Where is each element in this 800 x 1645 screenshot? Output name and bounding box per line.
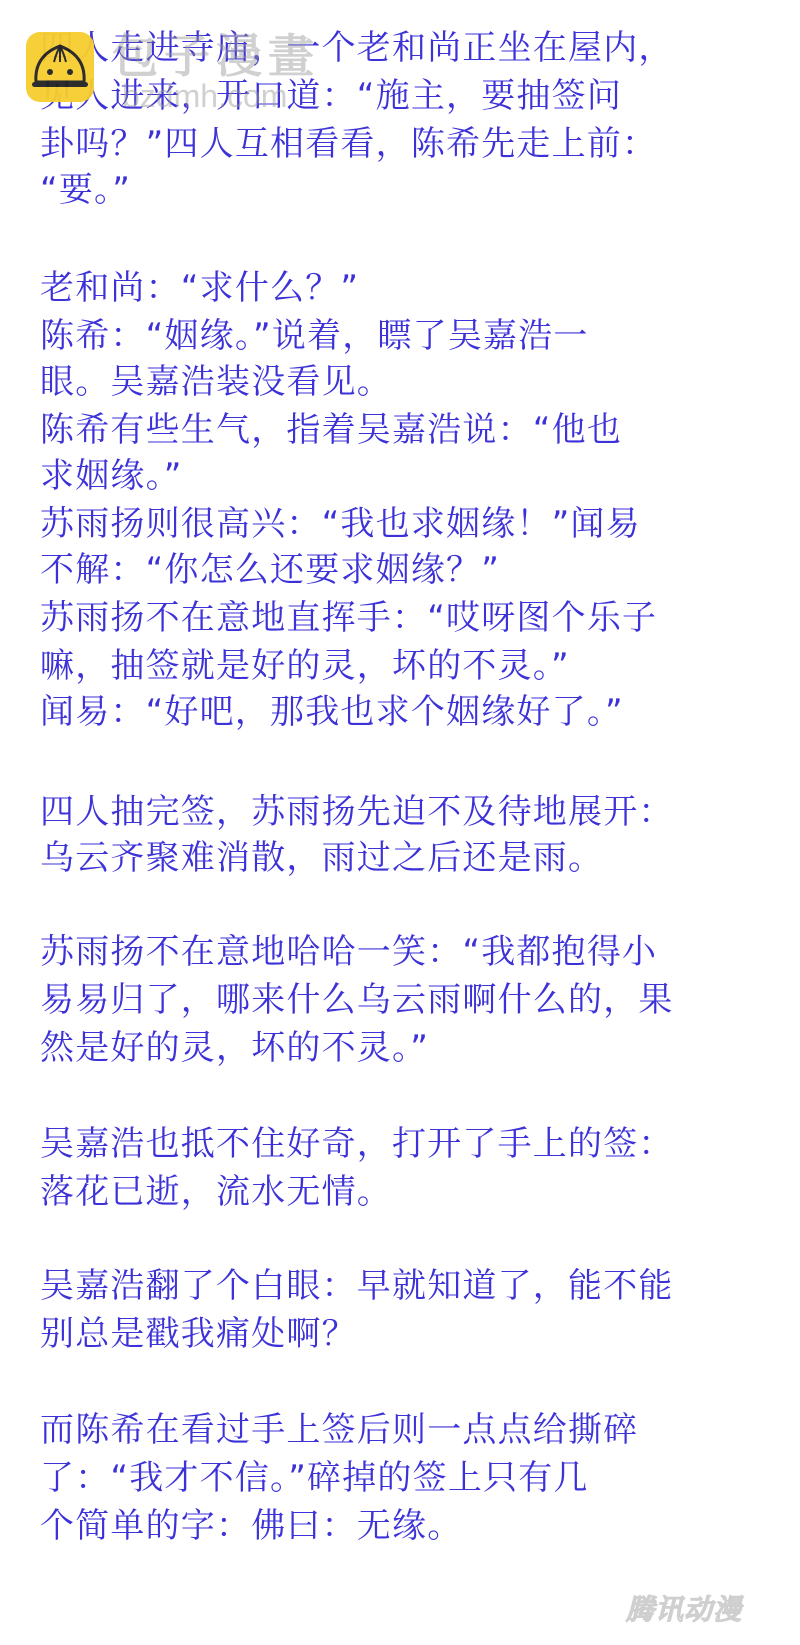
text-line: 眼。吴嘉浩装没看见。 — [40, 358, 392, 406]
text-line: 闻易：“好吧，那我也求个姻缘好了。” — [40, 688, 624, 736]
text-line: 乌云齐聚难消散，雨过之后还是雨。 — [40, 834, 603, 882]
text-line: 四人抽完签，苏雨扬先迫不及待地展开： — [40, 788, 674, 836]
text-line: 卦吗？”四人互相看看，陈希先走上前： — [40, 120, 657, 168]
text-line: 陈希有些生气，指着吴嘉浩说：“他也 — [40, 406, 622, 454]
site-watermark-url: bzdmh.com — [122, 78, 287, 115]
text-line: 吴嘉浩也抵不住好奇，打开了手上的签： — [40, 1120, 674, 1168]
site-watermark-name: 包子漫畫 — [112, 20, 320, 86]
text-line: 老和尚：“求什么？” — [40, 264, 359, 312]
text-line: 苏雨扬不在意地直挥手：“哎呀图个乐子 — [40, 594, 657, 642]
text-line: 苏雨扬不在意地哈哈一笑：“我都抱得小 — [40, 928, 657, 976]
text-line: 然是好的灵，坏的不灵。” — [40, 1024, 429, 1072]
publisher-watermark: 腾讯动漫 — [622, 1592, 746, 1628]
text-line: “要。” — [40, 166, 131, 214]
text-line: 个简单的字：佛曰：无缘。 — [40, 1502, 462, 1550]
text-line: 别总是戳我痛处啊？ — [40, 1310, 357, 1358]
steamed-bun-mascot-icon — [26, 32, 94, 102]
text-line: 易易归了，哪来什么乌云雨啊什么的，果 — [40, 976, 674, 1024]
text-line: 陈希：“姻缘。”说着，瞟了吴嘉浩一 — [40, 312, 589, 360]
text-line: 吴嘉浩翻了个白眼：早就知道了，能不能 — [40, 1262, 674, 1310]
text-line: 了：“我才不信。”碎掉的签上只有几 — [40, 1454, 589, 1502]
story-text-page: 包子漫畫 bzdmh.com 四人走进寺庙，一个老和尚正坐在屋内，见人进来，开口… — [0, 0, 800, 1645]
text-line: 而陈希在看过手上签后则一点点给撕碎 — [40, 1406, 638, 1454]
text-line: 不解：“你怎么还要求姻缘？” — [40, 546, 500, 594]
text-line: 嘛，抽签就是好的灵，坏的不灵。” — [40, 642, 570, 690]
text-line: 求姻缘。” — [40, 452, 183, 500]
text-line: 落花已逝，流水无情。 — [40, 1168, 392, 1216]
text-line: 苏雨扬则很高兴：“我也求姻缘！”闻易 — [40, 500, 641, 548]
